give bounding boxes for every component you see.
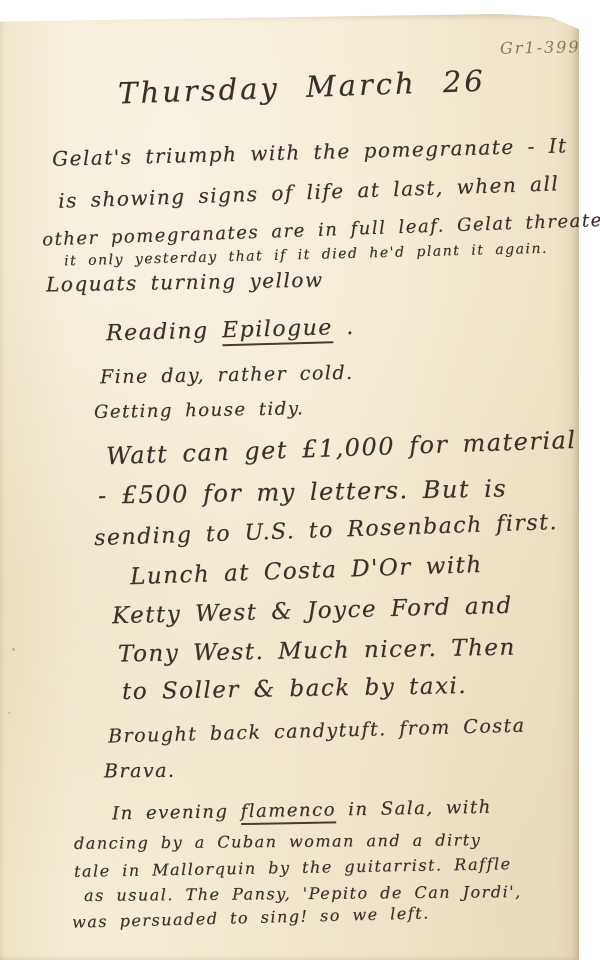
scanned-diary-page: Gr1-399 Thursday March 26 Gelat's triump… [0, 0, 600, 960]
diary-line: Loquats turning yellow [46, 268, 324, 297]
underlined-word-flamenco: flamenco [240, 799, 336, 825]
diary-line-candytuft: Brava. [104, 760, 176, 783]
evening-text: In evening [112, 801, 241, 824]
paper-speck [8, 712, 10, 714]
archive-reference: Gr1-399 [500, 37, 581, 57]
reading-text: Reading [106, 318, 223, 346]
diary-line-reading: Reading Epilogue . [106, 315, 355, 347]
diary-line-evening: as usual. The Pansy, 'Pepito de Can Jord… [84, 882, 522, 905]
underlined-title-epilogue: Epilogue [222, 315, 333, 346]
paper-speck [12, 648, 15, 651]
reading-text-post: . [332, 315, 355, 341]
diary-line-weather: Fine day, rather cold. [100, 362, 354, 388]
evening-text-post: in Sala, with [336, 797, 492, 821]
diary-line-house: Getting house tidy. [94, 398, 305, 423]
diary-line-evening: dancing by a Cuban woman and a dirty [74, 830, 481, 853]
